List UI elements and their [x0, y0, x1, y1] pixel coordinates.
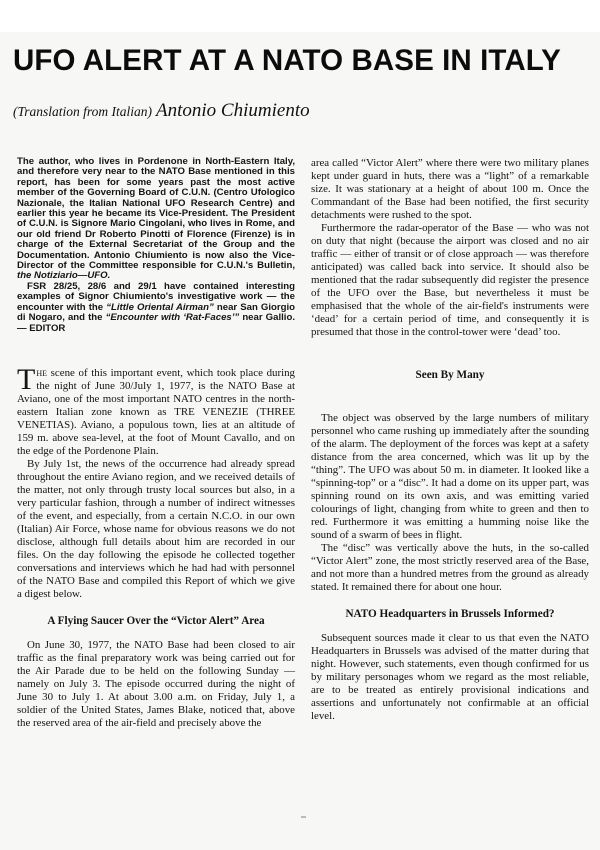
editor-note-text: The author, who lives in Pordenone in No… [17, 156, 295, 271]
byline-author: Antonio Chiumiento [156, 100, 310, 121]
article-body-left: The scene of this important event, which… [17, 367, 295, 730]
editor-note: The author, who lives in Pordenone in No… [17, 157, 295, 334]
byline-translation-note: (Translation from Italian) [13, 104, 152, 119]
reference-title: “Little Oriental Airman” [106, 302, 214, 313]
article-body-right: area called “Victor Alert” where there w… [311, 157, 589, 723]
paragraph: The scene of this important event, which… [17, 367, 295, 458]
paragraph-text: scene of this important event, which too… [17, 367, 295, 457]
right-column: area called “Victor Alert” where there w… [311, 157, 589, 723]
paragraph: The “disc” was vertically above the huts… [311, 542, 589, 594]
paragraph: By July 1st, the news of the occurrence … [17, 458, 295, 601]
left-column: The author, who lives in Pordenone in No… [17, 157, 295, 730]
editor-note-paragraph-2: FSR 28/25, 28/6 and 29/1 have contained … [17, 282, 295, 334]
intro-smallcaps: he [36, 367, 47, 379]
paragraph: The object was observed by the large num… [311, 412, 589, 542]
drop-cap: T [17, 368, 35, 392]
paragraph: area called “Victor Alert” where there w… [311, 157, 589, 222]
page-footer-mark [301, 816, 306, 818]
section-heading: Seen By Many [311, 369, 589, 382]
byline: (Translation from Italian) Antonio Chium… [13, 100, 310, 122]
bulletin-title: the Notiziario—UFO. [17, 270, 110, 281]
paragraph: On June 30, 1977, the NATO Base had been… [17, 639, 295, 730]
section-heading: NATO Headquarters in Brussels Informed? [311, 608, 589, 621]
section-heading: A Flying Saucer Over the “Victor Alert” … [17, 615, 295, 628]
reference-title: “Encounter with ‘Rat-Faces’” [106, 312, 240, 323]
paragraph: Furthermore the radar-operator of the Ba… [311, 222, 589, 339]
paragraph: Subsequent sources made it clear to us t… [311, 632, 589, 723]
editor-note-paragraph-1: The author, who lives in Pordenone in No… [17, 157, 295, 282]
article-title: UFO ALERT AT A NATO BASE IN ITALY [13, 44, 561, 78]
